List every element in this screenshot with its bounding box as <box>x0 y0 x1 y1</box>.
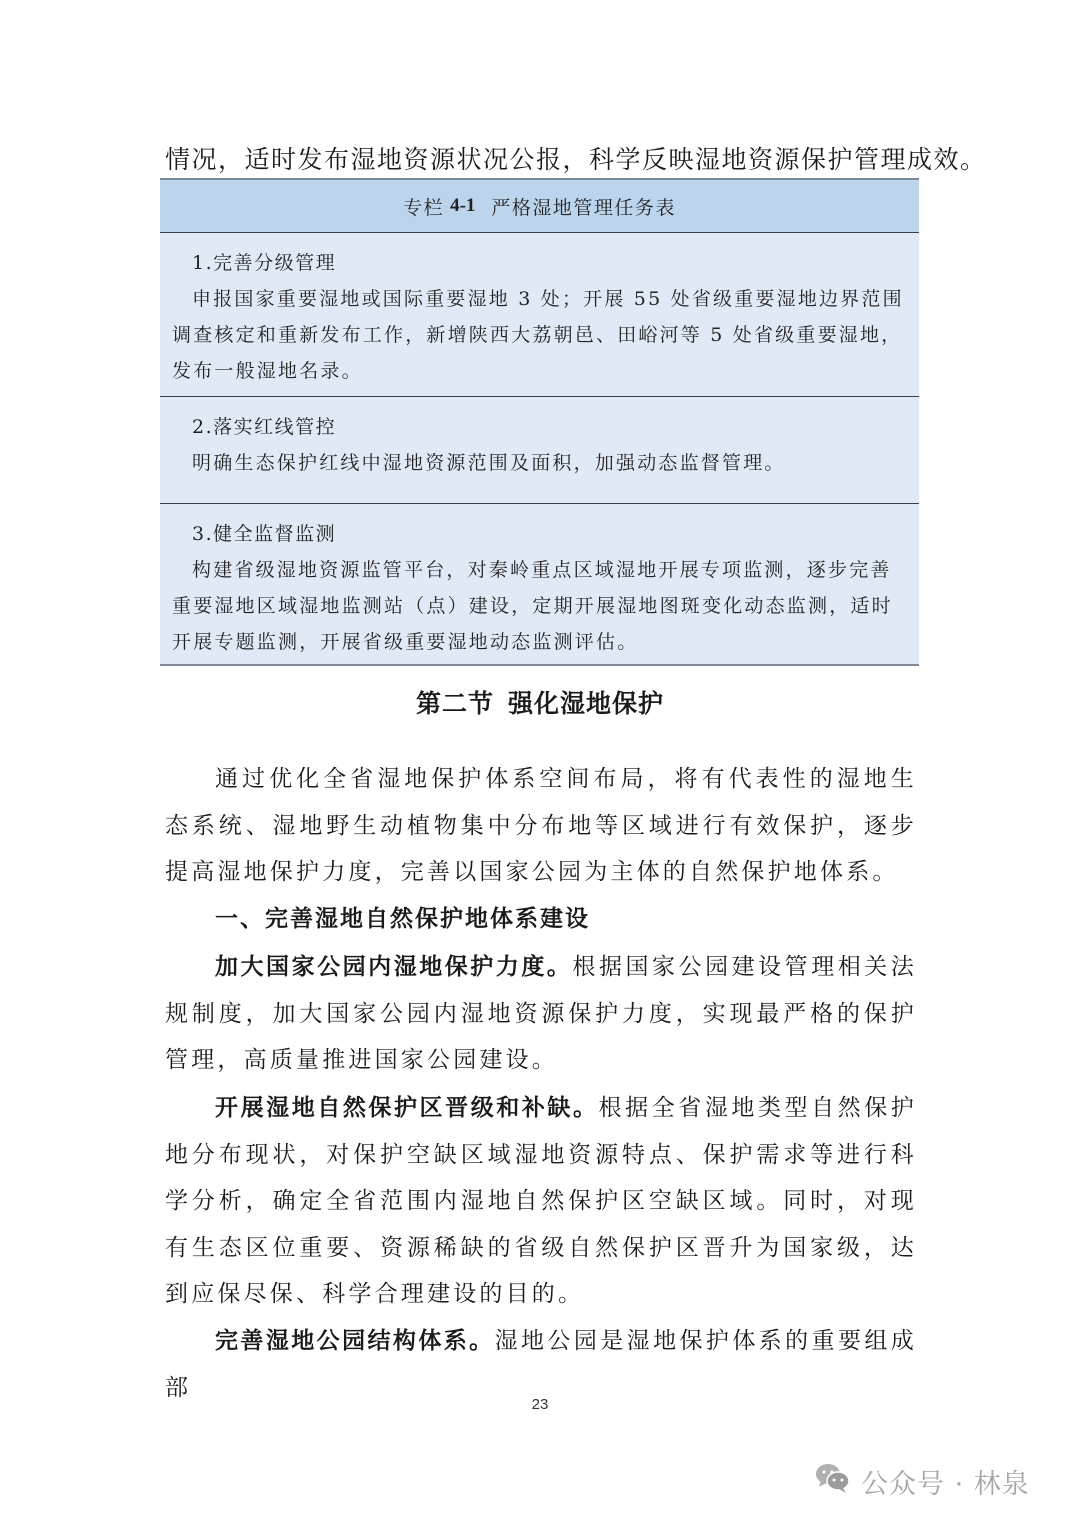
subheading: 一、完善湿地自然保护地体系建设 <box>215 896 590 942</box>
paragraph-lead: 加大国家公园内湿地保护力度。 <box>215 954 572 980</box>
panel-row: 2.落实红线管控 明确生态保护红线中湿地资源范围及面积，加强动态监督管理。 <box>160 397 919 504</box>
panel-label: 专栏 <box>403 193 444 220</box>
section-number: 第二节 <box>416 689 494 718</box>
wechat-icon <box>815 1462 861 1501</box>
watermark-text: 公众号 · 林泉 <box>861 1462 1030 1501</box>
task-table-panel: 专栏 4-1 严格湿地管理任务表 1.完善分级管理 申报国家重要湿地或国际重要湿… <box>160 178 919 666</box>
panel-title: 严格湿地管理任务表 <box>491 193 676 220</box>
paragraph-lead: 完善湿地公园结构体系。 <box>215 1328 495 1354</box>
row-title: 1.完善分级管理 <box>172 245 909 281</box>
page-number: 23 <box>0 1396 1080 1413</box>
panel-row: 3.健全监督监测 构建省级湿地资源监管平台，对秦岭重点区域湿地开展专项监测，逐步… <box>160 504 919 665</box>
panel-row: 1.完善分级管理 申报国家重要湿地或国际重要湿地 3 处；开展 55 处省级重要… <box>160 233 919 397</box>
row-body: 明确生态保护红线中湿地资源范围及面积，加强动态监督管理。 <box>172 445 909 481</box>
panel-header: 专栏 4-1 严格湿地管理任务表 <box>160 178 919 233</box>
document-page: 情况，适时发布湿地资源状况公报，科学反映湿地资源保护管理成效。 专栏 4-1 严… <box>0 0 1080 1527</box>
row-body: 申报国家重要湿地或国际重要湿地 3 处；开展 55 处省级重要湿地边界范围调查核… <box>172 281 909 389</box>
panel-code: 4-1 <box>450 195 475 217</box>
body-paragraph: 开展湿地自然保护区晋级和补缺。根据全省湿地类型自然保护地分布现状，对保护空缺区域… <box>165 1085 917 1318</box>
paragraph-text: 根据全省湿地类型自然保护地分布现状，对保护空缺区域湿地资源特点、保护需求等进行科… <box>165 1095 917 1307</box>
paragraph-lead: 开展湿地自然保护区晋级和补缺。 <box>215 1095 599 1121</box>
row-title: 2.落实红线管控 <box>172 409 909 445</box>
continuation-line: 情况，适时发布湿地资源状况公报，科学反映湿地资源保护管理成效。 <box>165 140 925 180</box>
watermark: 公众号 · 林泉 <box>815 1462 1030 1501</box>
intro-paragraph: 通过优化全省湿地保护体系空间布局，将有代表性的湿地生态系统、湿地野生动植物集中分… <box>165 756 917 896</box>
section-title: 第二节强化湿地保护 <box>0 684 1080 720</box>
body-paragraph: 加大国家公园内湿地保护力度。根据国家公园建设管理相关法规制度，加大国家公园内湿地… <box>165 944 917 1084</box>
section-name: 强化湿地保护 <box>508 689 664 718</box>
row-body: 构建省级湿地资源监管平台，对秦岭重点区域湿地开展专项监测，逐步完善重要湿地区域湿… <box>172 552 909 660</box>
row-title: 3.健全监督监测 <box>172 516 909 552</box>
